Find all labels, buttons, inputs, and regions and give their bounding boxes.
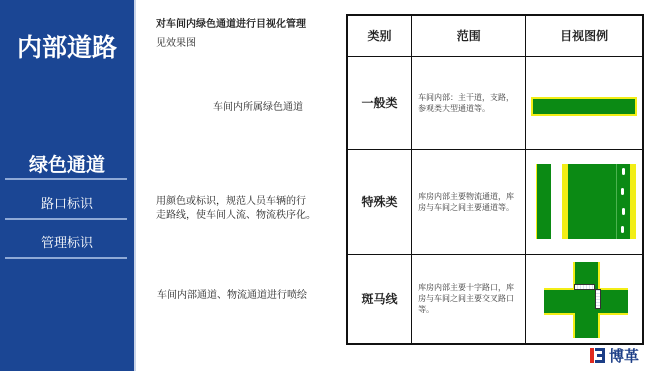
classification-table: 类别 范围 目视图例 一般类 车间内部：主干道，支路，参观类大型通道等。 特殊类… <box>346 14 644 345</box>
divider <box>5 257 127 259</box>
divider <box>5 178 127 180</box>
note-green-channel: 车间内所属绿色通道 <box>213 101 303 115</box>
crossroad-zebra-icon <box>544 262 628 338</box>
legend-straight-lane <box>526 56 643 149</box>
table-row: 斑马线 库房内部主要十字路口，库房与车间之间主要交叉路口等。 <box>347 254 643 344</box>
sidebar-item-green-channel[interactable]: 绿色通道 <box>0 150 134 177</box>
sidebar-item-management-signs[interactable]: 管理标识 <box>0 232 134 251</box>
legend-special-lane <box>526 149 643 254</box>
note-purpose-line1: 用颜色或标识，规范人员车辆的行 <box>156 195 306 209</box>
header-category: 类别 <box>347 15 412 56</box>
sidebar-edge <box>134 0 136 371</box>
sidebar: 内部道路 绿色通道 路口标识 管理标识 <box>0 0 134 371</box>
table-row: 特殊类 库房内部主要物流通道，库房与车间之间主要通道等。 <box>347 149 643 254</box>
row-category: 一般类 <box>347 56 412 149</box>
double-lane-icon <box>536 164 636 239</box>
row-category: 特殊类 <box>347 149 412 254</box>
logo-text: 博革 <box>609 345 639 366</box>
note-painting: 车间内部通道、物流通道进行喷绘 <box>157 289 307 303</box>
note-purpose-line2: 走路线，使车间人流、物流秩序化。 <box>156 209 316 223</box>
row-category: 斑马线 <box>347 254 412 344</box>
header-scope: 范围 <box>412 15 526 56</box>
brand-logo: 博革 <box>590 345 639 365</box>
divider <box>5 218 127 220</box>
sidebar-title: 内部道路 <box>0 28 134 64</box>
row-scope: 库房内部主要物流通道，库房与车间之间主要通道等。 <box>412 149 526 254</box>
sidebar-item-intersection-signs[interactable]: 路口标识 <box>0 193 134 212</box>
header-legend: 目视图例 <box>526 15 643 56</box>
table-header-row: 类别 范围 目视图例 <box>347 15 643 56</box>
green-lane-icon <box>531 97 637 116</box>
row-scope: 车间内部：主干道，支路，参观类大型通道等。 <box>412 56 526 149</box>
table-row: 一般类 车间内部：主干道，支路，参观类大型通道等。 <box>347 56 643 149</box>
main-subheading: 见效果图 <box>156 37 196 51</box>
main-heading: 对车间内绿色通道进行目视化管理 <box>156 18 306 32</box>
row-scope: 库房内部主要十字路口，库房与车间之间主要交叉路口等。 <box>412 254 526 344</box>
legend-crossroad <box>526 254 643 344</box>
logo-mark-icon <box>590 347 606 363</box>
